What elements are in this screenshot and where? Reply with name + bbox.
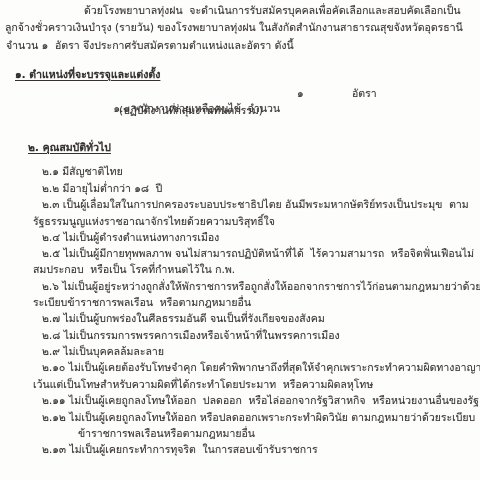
- qualification-item-2-5-cont: สมประกอบ หรือเป็น โรคที่กำหนดไว้ใน ก.พ.: [33, 263, 235, 278]
- position-item-note: (ปฏิบัติงานที่กลุ่มงานทันตกรรม): [119, 104, 263, 119]
- qualification-item-2-10-cont: เว้นแต่เป็นโทษสำหรับความผิดที่ได้กระทำโด…: [33, 378, 373, 393]
- qualification-item-2-2: ๒.๒ มีอายุไม่ต่ำกว่า ๑๘ ปี: [42, 182, 162, 197]
- section1-heading: ๑. ตำแหน่งที่จะบรรจุและแต่งตั้ง: [15, 68, 160, 83]
- qualification-item-2-3: ๒.๓ เป็นผู้เลื่อมใสในการปกครองระบอบประชา…: [42, 198, 469, 213]
- position-item: ๑.๑ พนักงานช่วยเหลือคนไข้ จำนวน ๑ อัตรา: [100, 87, 470, 163]
- position-item-count: ๑: [297, 87, 304, 102]
- qualification-item-2-7: ๒.๗ ไม่เป็นผู้บกพร่องในศีลธรรมอันดี จนเป…: [42, 312, 325, 327]
- qualification-item-2-12: ๒.๑๒ ไม่เป็นผู้เคยถูกลงโทษให้ออก หรือปลด…: [42, 411, 475, 426]
- qualification-item-2-5: ๒.๕ ไม่เป็นผู้มีกายทุพพลภาพ จนไม่สามารถป…: [42, 247, 474, 262]
- qualification-item-2-8: ๒.๘ ไม่เป็นกรรมการพรรคการเมืองหรือเจ้าหน…: [42, 329, 340, 344]
- intro-line-1: ด้วยโรงพยาบาลทุ่งฝน จะดำเนินการรับสมัครบ…: [84, 4, 461, 19]
- intro-line-3: จำนวน ๑ อัตรา จึงประกาศรับสมัครตามตำแหน่…: [6, 39, 294, 54]
- qualification-item-2-10: ๒.๑๐ ไม่เป็นผู้เคยต้องรับโทษจำคุก โดยคำพ…: [42, 361, 480, 376]
- position-item-unit: อัตรา: [352, 87, 377, 102]
- qualification-item-2-9: ๒.๙ ไม่เป็นบุคคลล้มละลาย: [42, 345, 164, 360]
- qualification-item-2-6: ๒.๖ ไม่เป็นผู้อยู่ระหว่างถูกสั่งให้พักรา…: [42, 280, 480, 295]
- qualification-item-2-13: ๒.๑๓ ไม่เป็นผู้เคยกระทำการทุจริต ในการสอ…: [42, 443, 318, 458]
- qualification-item-2-11: ๒.๑๑ ไม่เป็นผู้เคยถูกลงโทษให้ออก ปลดออก …: [42, 394, 479, 409]
- section2-heading: ๒. คุณสมบัติทั่วไป: [28, 141, 111, 156]
- qualification-item-2-12-cont: ข้าราชการพลเรือนหรือตามกฎหมายอื่น: [78, 427, 255, 442]
- qualification-item-2-3-cont: รัฐธรรมนูญแห่งราชอาณาจักรไทยด้วยความบริส…: [33, 215, 275, 230]
- document-page: ด้วยโรงพยาบาลทุ่งฝน จะดำเนินการรับสมัครบ…: [0, 0, 480, 480]
- intro-line-2: ลูกจ้างชั่วคราวเงินบำรุง (รายวัน) ของโรง…: [5, 21, 463, 36]
- qualification-item-2-4: ๒.๔ ไม่เป็นผู้ดำรงตำแหน่งทางการเมือง: [42, 231, 219, 246]
- qualification-item-2-6-cont: ระเบียบข้าราชการพลเรือน หรือตามกฎหมายอื่…: [33, 296, 251, 311]
- qualification-item-2-1: ๒.๑ มีสัญชาติไทย: [42, 165, 123, 180]
